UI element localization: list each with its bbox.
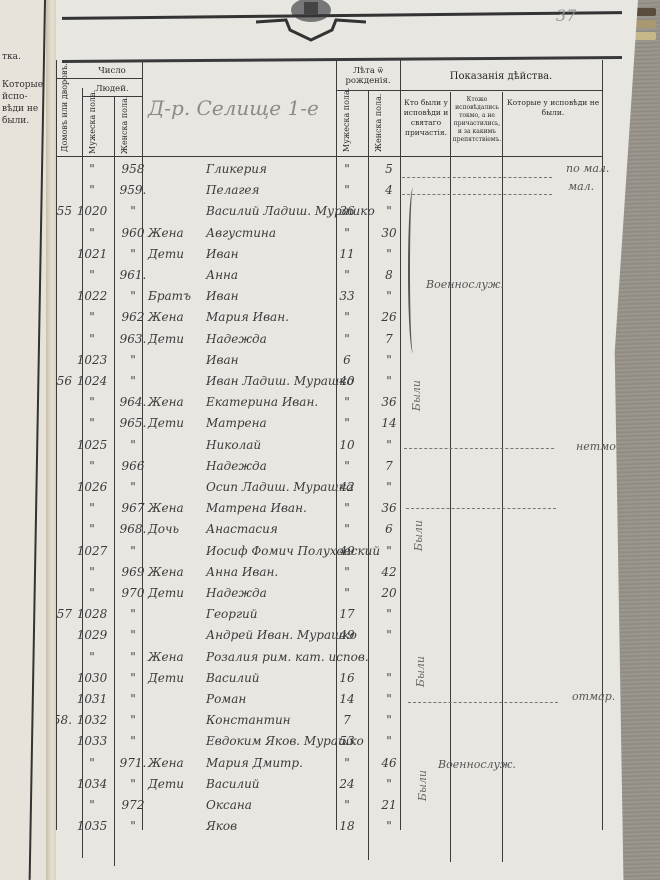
age-female: " bbox=[374, 671, 404, 685]
remark-not-confessed: мал. bbox=[568, 180, 594, 193]
male-number: 1022 bbox=[74, 289, 110, 303]
female-number: " bbox=[116, 671, 150, 685]
remark-military: Военнослуж. bbox=[438, 758, 516, 771]
person-name: Анна bbox=[206, 268, 238, 282]
age-male: " bbox=[332, 416, 362, 430]
male-number: " bbox=[74, 226, 110, 240]
male-number: 1031 bbox=[74, 692, 110, 706]
age-male: " bbox=[332, 162, 362, 176]
age-female: 4 bbox=[374, 183, 404, 197]
table-row: 1034"ДетиВасилий24" bbox=[56, 775, 638, 797]
male-number: 1033 bbox=[74, 734, 110, 748]
female-number: 961. bbox=[116, 268, 150, 282]
dash-line bbox=[404, 448, 554, 449]
female-number: " bbox=[116, 650, 150, 664]
header-not-confessed: Которые у исповѣди не были. bbox=[504, 98, 602, 118]
header-rule bbox=[62, 56, 622, 63]
table-row: 1021"ДетиИван11" bbox=[56, 245, 638, 267]
table-row: "970ДетиНадежда"20 bbox=[56, 584, 638, 606]
person-name: Надежда bbox=[206, 459, 267, 473]
person-name: Иван bbox=[206, 247, 239, 261]
table-row: "958Гликерия"5 bbox=[56, 160, 638, 182]
female-number: " bbox=[116, 353, 150, 367]
female-number: 962 bbox=[116, 310, 150, 324]
male-number: 1025 bbox=[74, 438, 110, 452]
age-female: 26 bbox=[374, 310, 404, 324]
table-row: "967ЖенаМатрена Иван."36 bbox=[56, 499, 638, 521]
age-male: " bbox=[332, 756, 362, 770]
remark-vertical-were: Были bbox=[414, 656, 427, 687]
table-row: 1022"БратъИван33" bbox=[56, 287, 638, 309]
male-number: 1035 bbox=[74, 819, 110, 833]
male-number: " bbox=[74, 650, 110, 664]
table-row: 1035"Яков18" bbox=[56, 817, 638, 839]
remark-vertical-were: Были bbox=[416, 770, 429, 801]
table-row: 1027"Иосиф Фомич Полуховский49" bbox=[56, 542, 638, 564]
male-number: " bbox=[74, 586, 110, 600]
male-number: 1032 bbox=[74, 713, 110, 727]
table-row: "961.Анна"8 bbox=[56, 266, 638, 288]
table-row: "968.ДочьАнастасия"6 bbox=[56, 520, 638, 542]
male-number: " bbox=[74, 756, 110, 770]
age-female: 7 bbox=[374, 332, 404, 346]
table-row: 1033"Евдоким Яков. Мурашко53" bbox=[56, 732, 638, 754]
female-number: " bbox=[116, 438, 150, 452]
male-number: 1024 bbox=[74, 374, 110, 388]
relation: Жена bbox=[148, 395, 208, 409]
female-number: " bbox=[116, 607, 150, 621]
age-male: 7 bbox=[332, 713, 362, 727]
table-row: "963.ДетиНадежда"7 bbox=[56, 330, 638, 352]
age-female: " bbox=[374, 438, 404, 452]
table-row: 1025"Николай10" bbox=[56, 436, 638, 458]
male-number: 1034 bbox=[74, 777, 110, 791]
age-female: 46 bbox=[374, 756, 404, 770]
header-confessed-only: Ктоже исповѣдались токмо, а не причастил… bbox=[452, 96, 502, 144]
female-number: " bbox=[116, 713, 150, 727]
dash-line bbox=[406, 508, 556, 509]
person-name: Надежда bbox=[206, 332, 267, 346]
remark-not-confessed: нетмо. bbox=[576, 440, 619, 453]
table-row: 1026"Осип Ладиш. Мурашко42" bbox=[56, 478, 638, 500]
relation: Дети bbox=[148, 586, 208, 600]
table-row: ""ЖенаРозалия рим. кат. испов. bbox=[56, 648, 638, 670]
female-number: " bbox=[116, 544, 150, 558]
male-number: " bbox=[74, 268, 110, 282]
person-name: Константин bbox=[206, 713, 291, 727]
header-confession: Показанія дѣйства. bbox=[400, 72, 602, 82]
relation: Дети bbox=[148, 416, 208, 430]
table-row: "959.Пелагея"4 bbox=[56, 181, 638, 203]
age-male: " bbox=[332, 501, 362, 515]
age-male: 16 bbox=[332, 671, 362, 685]
male-number: " bbox=[74, 416, 110, 430]
left-page-text: Которые bbox=[2, 80, 43, 91]
age-male: " bbox=[332, 586, 362, 600]
age-male: " bbox=[332, 310, 362, 324]
table-row: 258.1032"Константин7" bbox=[56, 711, 638, 733]
female-number: " bbox=[116, 777, 150, 791]
age-female: " bbox=[374, 480, 404, 494]
female-number: 968. bbox=[116, 522, 150, 536]
female-number: 960 bbox=[116, 226, 150, 240]
age-female: " bbox=[374, 289, 404, 303]
register-page: 37 Число Людей. Домовъ или дворовъ. Муже… bbox=[56, 0, 638, 880]
female-number: " bbox=[116, 247, 150, 261]
relation: Дети bbox=[148, 332, 208, 346]
female-number: " bbox=[116, 819, 150, 833]
person-name: Василий bbox=[206, 671, 260, 685]
male-number: " bbox=[74, 459, 110, 473]
age-male: 36 bbox=[332, 204, 362, 218]
table-row: 1030"ДетиВасилий16" bbox=[56, 669, 638, 691]
female-number: " bbox=[116, 734, 150, 748]
age-male: 42 bbox=[332, 480, 362, 494]
age-male: " bbox=[332, 268, 362, 282]
age-female: 8 bbox=[374, 268, 404, 282]
age-male: 18 bbox=[332, 819, 362, 833]
age-male: 10 bbox=[332, 438, 362, 452]
relation: Дети bbox=[148, 777, 208, 791]
male-number: " bbox=[74, 183, 110, 197]
page-number: 37 bbox=[556, 6, 576, 25]
age-female: 7 bbox=[374, 459, 404, 473]
person-name: Василий bbox=[206, 777, 260, 791]
relation: Дети bbox=[148, 671, 208, 685]
person-name: Матрена bbox=[206, 416, 267, 430]
header-households: Домовъ или дворовъ. bbox=[60, 92, 80, 152]
header-age-male: Мужеска пола. bbox=[342, 94, 362, 152]
table-row: "966Надежда"7 bbox=[56, 457, 638, 479]
male-number: " bbox=[74, 798, 110, 812]
remark-vertical-were: Были bbox=[410, 380, 423, 411]
male-number: " bbox=[74, 310, 110, 324]
female-number: 965. bbox=[116, 416, 150, 430]
female-number: " bbox=[116, 374, 150, 388]
female-number: " bbox=[116, 692, 150, 706]
male-number: " bbox=[74, 522, 110, 536]
relation: Жена bbox=[148, 756, 208, 770]
age-male: " bbox=[332, 459, 362, 473]
table-row: 1029"Андрей Иван. Мурашко49" bbox=[56, 626, 638, 648]
age-male: 40 bbox=[332, 374, 362, 388]
female-number: 967 bbox=[116, 501, 150, 515]
age-male: 49 bbox=[332, 544, 362, 558]
header-rule bbox=[56, 156, 602, 157]
age-female: 36 bbox=[374, 395, 404, 409]
female-number: " bbox=[116, 289, 150, 303]
relation: Братъ bbox=[148, 289, 208, 303]
left-page-text: вѣди не bbox=[2, 104, 38, 115]
person-name: Мария Дмитр. bbox=[206, 756, 303, 770]
age-female: 30 bbox=[374, 226, 404, 240]
remark-military: Военнослуж. bbox=[426, 278, 504, 291]
female-number: 972 bbox=[116, 798, 150, 812]
relation: Жена bbox=[148, 501, 208, 515]
age-female: " bbox=[374, 544, 404, 558]
age-female: " bbox=[374, 713, 404, 727]
imperial-crest-icon bbox=[256, 0, 366, 44]
table-row: "964.ЖенаЕкатерина Иван."36 bbox=[56, 393, 638, 415]
age-female: " bbox=[374, 247, 404, 261]
left-page-text: йспо- bbox=[2, 92, 28, 103]
person-name: Гликерия bbox=[206, 162, 267, 176]
female-number: 963. bbox=[116, 332, 150, 346]
age-female: 21 bbox=[374, 798, 404, 812]
age-female: " bbox=[374, 204, 404, 218]
person-name: Иван bbox=[206, 353, 239, 367]
person-name: Георгий bbox=[206, 607, 257, 621]
dash-line bbox=[402, 177, 552, 178]
age-male: " bbox=[332, 226, 362, 240]
age-female: 14 bbox=[374, 416, 404, 430]
male-number: " bbox=[74, 395, 110, 409]
table-row: "965.ДетиМатрена"14 bbox=[56, 414, 638, 436]
male-number: " bbox=[74, 565, 110, 579]
age-female: " bbox=[374, 374, 404, 388]
male-number: 1020 bbox=[74, 204, 110, 218]
female-number: 964. bbox=[116, 395, 150, 409]
female-number: 971. bbox=[116, 756, 150, 770]
table-row: 1023"Иван6" bbox=[56, 351, 638, 373]
age-female: " bbox=[374, 628, 404, 642]
table-row: "962ЖенаМария Иван."26 bbox=[56, 308, 638, 330]
female-number: 970 bbox=[116, 586, 150, 600]
remark-vertical-were: Были bbox=[412, 520, 425, 551]
dash-line bbox=[408, 702, 558, 703]
male-number: 1027 bbox=[74, 544, 110, 558]
age-female: 20 bbox=[374, 586, 404, 600]
relation: Дочь bbox=[148, 522, 208, 536]
age-female: " bbox=[374, 607, 404, 621]
age-male: " bbox=[332, 798, 362, 812]
age-male: 11 bbox=[332, 247, 362, 261]
age-female: 36 bbox=[374, 501, 404, 515]
male-number: 1021 bbox=[74, 247, 110, 261]
village-heading: Д-р. Селище 1-е bbox=[148, 96, 319, 120]
female-number: " bbox=[116, 628, 150, 642]
table-row: 2551020"Василий Ладиш. Мурашко36" bbox=[56, 202, 638, 224]
age-male: " bbox=[332, 522, 362, 536]
person-name: Матрена Иван. bbox=[206, 501, 307, 515]
person-name: Августина bbox=[206, 226, 276, 240]
brace-mark bbox=[408, 188, 418, 353]
person-name: Яков bbox=[206, 819, 237, 833]
header-rule bbox=[400, 90, 602, 91]
header-female: Женска пола. bbox=[120, 100, 140, 154]
header-age-female: Женска пола. bbox=[374, 94, 394, 152]
person-name: Анна Иван. bbox=[206, 565, 278, 579]
female-number: 969 bbox=[116, 565, 150, 579]
male-number: 1029 bbox=[74, 628, 110, 642]
left-page-text: тка. bbox=[2, 52, 21, 63]
relation: Жена bbox=[148, 310, 208, 324]
left-page-text: были. bbox=[2, 116, 29, 127]
relation: Жена bbox=[148, 226, 208, 240]
person-name: Роман bbox=[206, 692, 246, 706]
age-female: " bbox=[374, 734, 404, 748]
male-number: 1026 bbox=[74, 480, 110, 494]
table-row: "960ЖенаАвгустина"30 bbox=[56, 224, 638, 246]
age-female: " bbox=[374, 353, 404, 367]
age-female: " bbox=[374, 692, 404, 706]
header-count: Число bbox=[82, 66, 142, 76]
relation: Жена bbox=[148, 650, 208, 664]
age-male: " bbox=[332, 183, 362, 197]
person-name: Екатерина Иван. bbox=[206, 395, 318, 409]
male-number: 1030 bbox=[74, 671, 110, 685]
person-name: Николай bbox=[206, 438, 261, 452]
male-number: 1028 bbox=[74, 607, 110, 621]
age-female: 6 bbox=[374, 522, 404, 536]
person-name: Пелагея bbox=[206, 183, 259, 197]
female-number: 958 bbox=[116, 162, 150, 176]
person-name: Иван bbox=[206, 289, 239, 303]
age-male: " bbox=[332, 395, 362, 409]
age-male: 24 bbox=[332, 777, 362, 791]
age-male: 14 bbox=[332, 692, 362, 706]
age-male: 53 bbox=[332, 734, 362, 748]
age-male: 6 bbox=[332, 353, 362, 367]
person-name: Розалия рим. кат. испов. bbox=[206, 650, 369, 664]
age-male: " bbox=[332, 332, 362, 346]
person-name: Анастасия bbox=[206, 522, 278, 536]
table-row: "971.ЖенаМария Дмитр."46 bbox=[56, 754, 638, 776]
table-row: "969ЖенаАнна Иван."42 bbox=[56, 563, 638, 585]
table-row: 2561024"Иван Ладиш. Мурашко40" bbox=[56, 372, 638, 394]
female-number: " bbox=[116, 480, 150, 494]
remark-not-confessed: по мал. bbox=[566, 162, 609, 175]
age-male: 49 bbox=[332, 628, 362, 642]
age-female: " bbox=[374, 777, 404, 791]
female-number: " bbox=[116, 204, 150, 218]
dash-line bbox=[402, 194, 552, 195]
left-page-border bbox=[29, 0, 46, 880]
header-confessed: Кто были у исповѣди и святаго причастія. bbox=[402, 98, 450, 138]
male-number: " bbox=[74, 501, 110, 515]
age-male: 17 bbox=[332, 607, 362, 621]
age-female: 42 bbox=[374, 565, 404, 579]
age-male: 33 bbox=[332, 289, 362, 303]
person-name: Мария Иван. bbox=[206, 310, 289, 324]
header-age: Лѣта ѿ рожденія. bbox=[336, 66, 400, 86]
header-male: Мужеска пола. bbox=[88, 100, 108, 154]
female-number: 966 bbox=[116, 459, 150, 473]
table-row: 1031"Роман14" bbox=[56, 690, 638, 712]
table-row: 2571028"Георгий17" bbox=[56, 605, 638, 627]
person-name: Надежда bbox=[206, 586, 267, 600]
male-number: " bbox=[74, 162, 110, 176]
person-name: Оксана bbox=[206, 798, 252, 812]
age-female: " bbox=[374, 819, 404, 833]
female-number: 959. bbox=[116, 183, 150, 197]
male-number: " bbox=[74, 332, 110, 346]
male-number: 1023 bbox=[74, 353, 110, 367]
age-female: 5 bbox=[374, 162, 404, 176]
relation: Жена bbox=[148, 565, 208, 579]
age-male: " bbox=[332, 565, 362, 579]
table-row: "972Оксана"21 bbox=[56, 796, 638, 818]
relation: Дети bbox=[148, 247, 208, 261]
remark-not-confessed: отмар. bbox=[572, 690, 615, 703]
